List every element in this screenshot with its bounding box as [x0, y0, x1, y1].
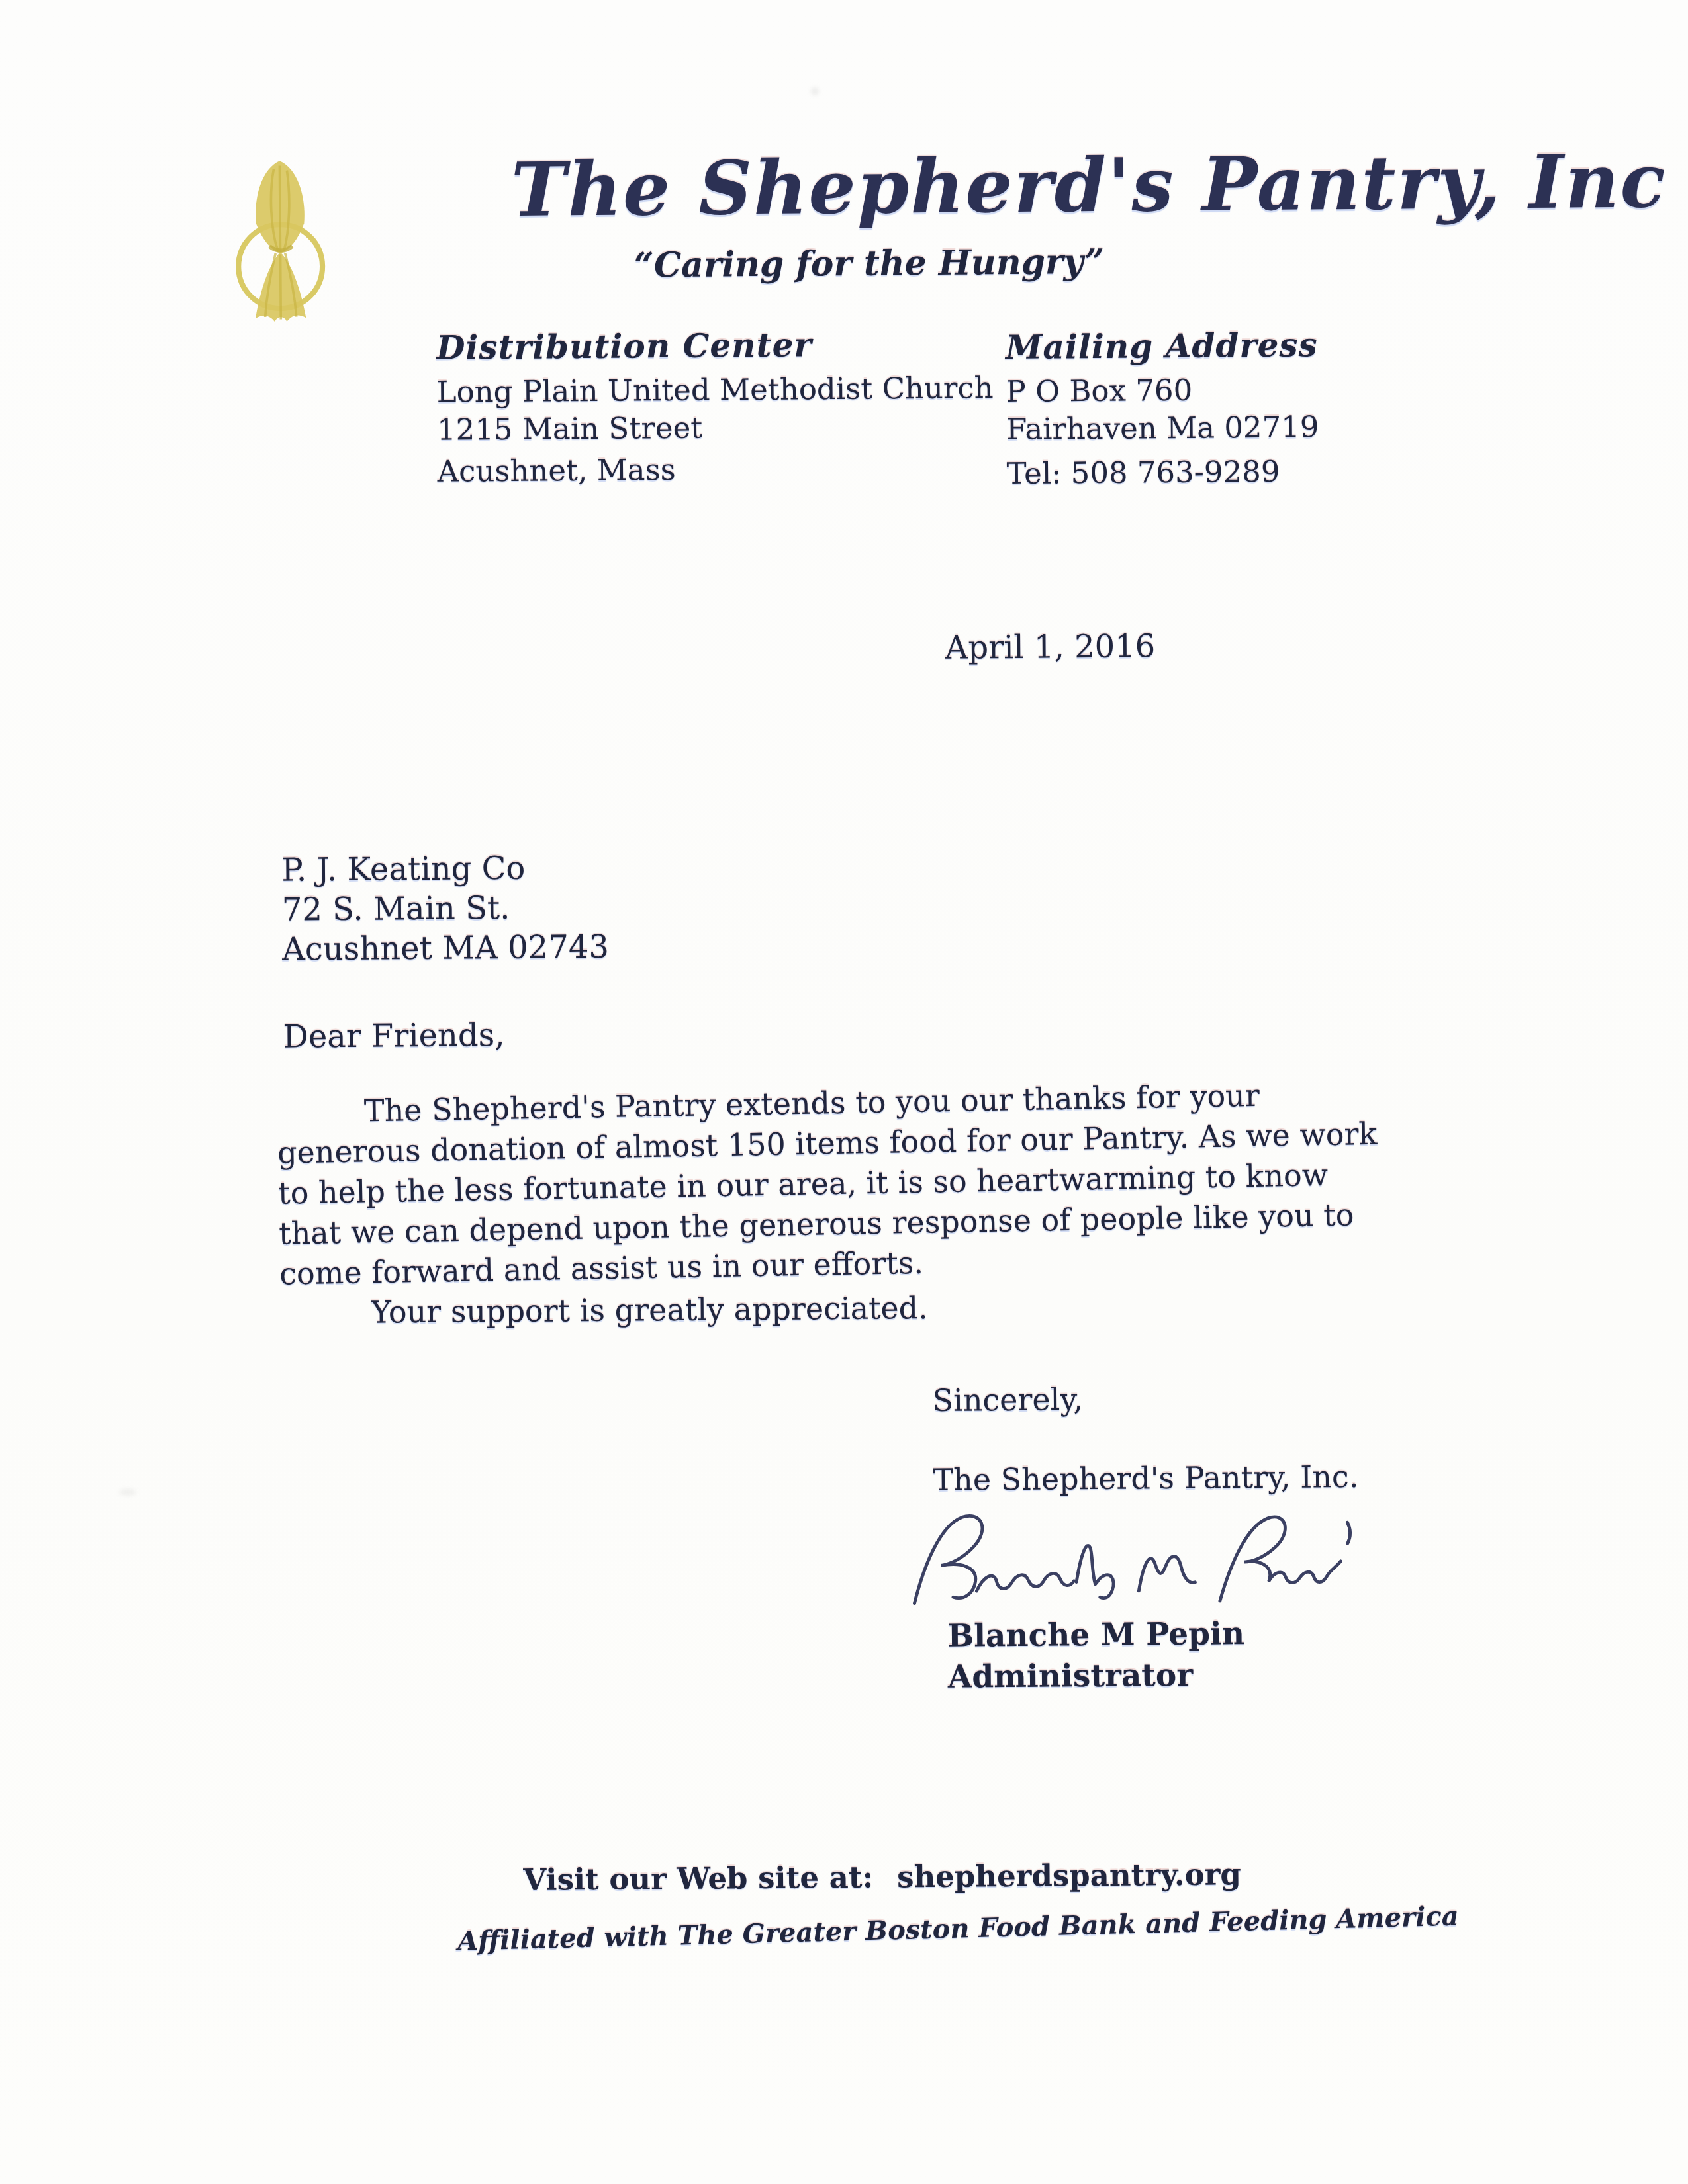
scan-smudge: [811, 87, 819, 95]
body-paragraph: The Shepherd's Pantry extends to you our…: [277, 1073, 1384, 1295]
closing-sincerely: Sincerely,: [932, 1381, 1083, 1418]
org-tagline: “Caring for the Hungry”: [598, 241, 1141, 285]
recipient-name: P. J. Keating Co: [281, 848, 608, 890]
website-row: Visit our Web site at: shepherdspantry.o…: [523, 1856, 1241, 1897]
letter-date: April 1, 2016: [945, 627, 1155, 666]
distribution-line: Acushnet, Mass: [437, 448, 994, 490]
scan-smudge: [543, 1266, 549, 1271]
affiliation-line: Affiliated with The Greater Boston Food …: [457, 1901, 1460, 1957]
mailing-line: Fairhaven Ma 02719: [1006, 408, 1319, 448]
website-url: shepherdspantry.org: [897, 1856, 1241, 1894]
signer-name: Blanche M Pepin: [947, 1615, 1244, 1655]
distribution-center-heading: Distribution Center: [436, 324, 993, 367]
distribution-line: 1215 Main Street: [437, 406, 994, 449]
distribution-line: Long Plain United Methodist Church: [436, 369, 993, 411]
wheat-sheaf-icon: [232, 151, 329, 343]
signer-title: Administrator: [948, 1657, 1194, 1696]
recipient-city: Acushnet MA 02743: [282, 927, 609, 970]
mailing-phone: Tel: 508 763-9289: [1006, 452, 1319, 492]
scan-smudge: [119, 1489, 136, 1496]
salutation: Dear Friends,: [283, 1017, 505, 1056]
mailing-address-block: Mailing Address P O Box 760 Fairhaven Ma…: [1006, 326, 1319, 492]
recipient-street: 72 S. Main St.: [282, 887, 609, 930]
mailing-address-heading: Mailing Address: [1006, 326, 1319, 366]
mailing-line: P O Box 760: [1006, 370, 1319, 410]
letter-page: The Shepherd's Pantry, Inc “Caring for t…: [0, 0, 1688, 2184]
signature-handwriting: [906, 1488, 1377, 1625]
recipient-address: P. J. Keating Co 72 S. Main St. Acushnet…: [281, 848, 609, 970]
website-label: Visit our Web site at:: [523, 1860, 873, 1897]
distribution-center-block: Distribution Center Long Plain United Me…: [436, 324, 994, 490]
appreciation-line: Your support is greatly appreciated.: [371, 1290, 928, 1330]
org-name: The Shepherd's Pantry, Inc: [511, 140, 1452, 234]
